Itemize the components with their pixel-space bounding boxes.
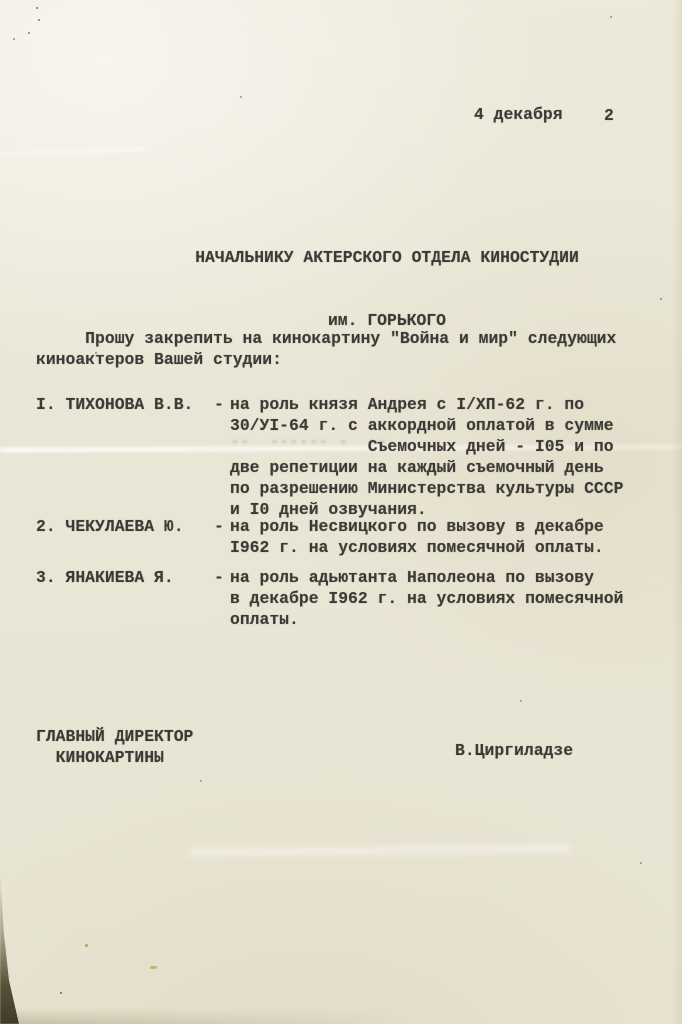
paper-speck bbox=[28, 32, 30, 34]
intro-paragraph: Прошу закрепить на кинокартину "Война и … bbox=[36, 328, 616, 370]
item-dash: - bbox=[214, 394, 224, 415]
paper-edge-shading bbox=[672, 0, 682, 1024]
paper-speck bbox=[85, 944, 88, 947]
actor-item-label: I. ТИХОНОВА В.В. bbox=[36, 394, 193, 415]
scanned-letter-page: 4 декабря 2 НАЧАЛЬНИКУ АКТЕРСКОГО ОТДЕЛА… bbox=[0, 0, 682, 1024]
paper-edge-shading bbox=[0, 1008, 420, 1024]
item-dash: - bbox=[214, 567, 224, 588]
paper-speck bbox=[36, 7, 38, 9]
paper-speck bbox=[610, 16, 612, 18]
paper-speck bbox=[240, 96, 242, 98]
erasure-smudge: -- ------ - -- bbox=[230, 432, 387, 451]
paper-crease bbox=[0, 147, 150, 155]
paper-speck bbox=[660, 298, 662, 300]
document-date: 4 декабря bbox=[474, 104, 563, 125]
signature-name: В.Циргиладзе bbox=[455, 740, 573, 761]
actor-item-label: 2. ЧЕКУЛАЕВА Ю. bbox=[36, 516, 184, 537]
paper-edge-dark-corner bbox=[0, 868, 20, 1024]
actor-item-description: на роль Несвицкого по вызову в декабре I… bbox=[230, 516, 604, 558]
signature-title: ГЛАВНЫЙ ДИРЕКТОР КИНОКАРТИНЫ bbox=[36, 726, 193, 768]
paper-speck bbox=[640, 862, 642, 864]
item-dash: - bbox=[214, 516, 224, 537]
actor-item-description: на роль князя Андрея с I/ХП-62 г. по 30/… bbox=[230, 394, 623, 520]
paper-crease bbox=[190, 844, 570, 857]
paper-speck bbox=[13, 38, 15, 40]
paper-fiber bbox=[150, 966, 157, 969]
paper-speck bbox=[200, 780, 202, 782]
page-number: 2 bbox=[604, 105, 614, 126]
actor-item-description: на роль адьютанта Наполеона по вызову в … bbox=[230, 567, 623, 630]
paper-speck bbox=[520, 700, 522, 702]
actor-item-label: 3. ЯНАКИЕВА Я. bbox=[36, 567, 174, 588]
paper-speck bbox=[38, 19, 40, 21]
paper-speck bbox=[60, 992, 62, 994]
addressee-line-1: НАЧАЛЬНИКУ АКТЕРСКОГО ОТДЕЛА КИНОСТУДИИ bbox=[185, 247, 589, 268]
